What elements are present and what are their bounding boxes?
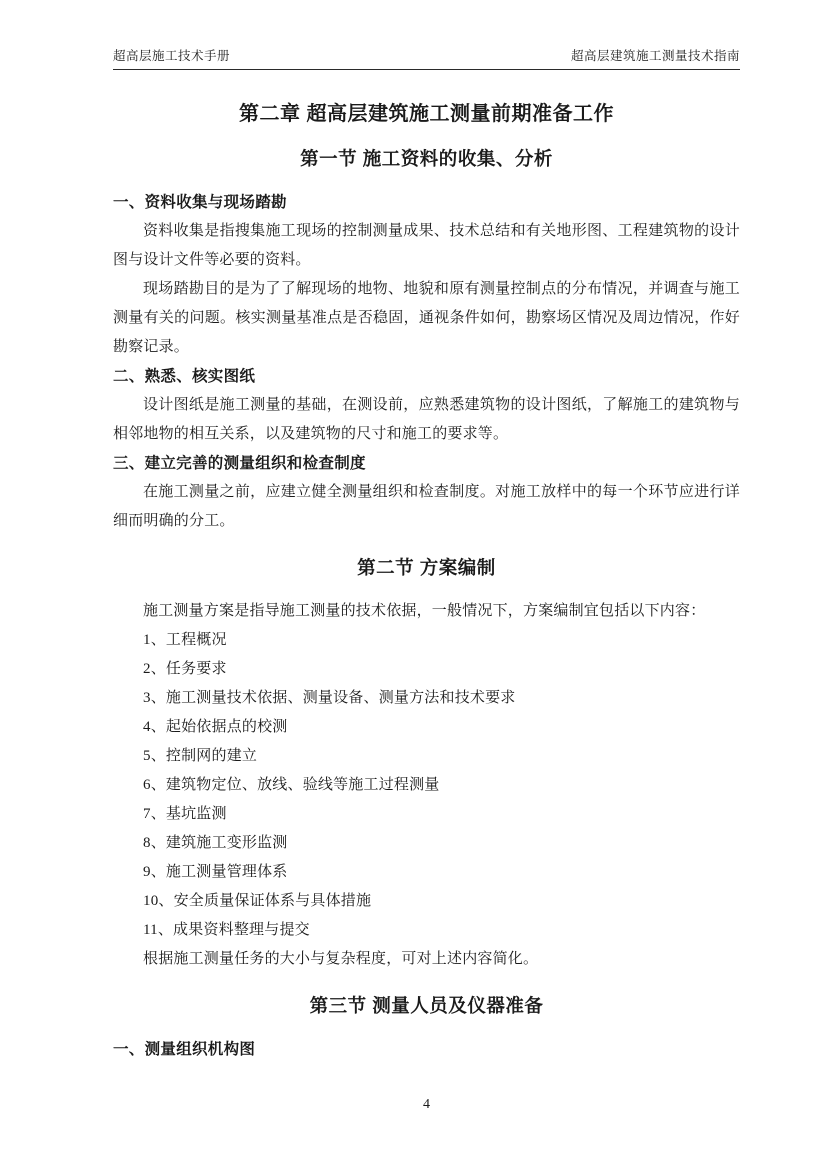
subsection-heading: 一、资料收集与现场踏勘 <box>113 188 740 217</box>
chapter-title: 第二章 超高层建筑施工测量前期准备工作 <box>113 101 740 127</box>
list-item: 11、成果资料整理与提交 <box>113 916 740 945</box>
subsection-heading: 一、测量组织机构图 <box>113 1035 740 1064</box>
subsection-heading: 二、熟悉、核实图纸 <box>113 362 740 391</box>
header-left-title: 超高层施工技术手册 <box>113 46 230 64</box>
list-item: 5、控制网的建立 <box>113 742 740 771</box>
list-item: 10、安全质量保证体系与具体措施 <box>113 887 740 916</box>
paragraph: 资料收集是指搜集施工现场的控制测量成果、技术总结和有关地形图、工程建筑物的设计图… <box>113 217 740 275</box>
page-number: 4 <box>423 1097 430 1112</box>
list-item: 6、建筑物定位、放线、验线等施工过程测量 <box>113 771 740 800</box>
header-right-title: 超高层建筑施工测量技术指南 <box>571 46 740 64</box>
list-item: 2、任务要求 <box>113 655 740 684</box>
list-item: 3、施工测量技术依据、测量设备、测量方法和技术要求 <box>113 684 740 713</box>
paragraph: 设计图纸是施工测量的基础，在测设前，应熟悉建筑物的设计图纸，了解施工的建筑物与相… <box>113 391 740 449</box>
section-title: 第二节 方案编制 <box>113 556 740 580</box>
document-content: 第二章 超高层建筑施工测量前期准备工作第一节 施工资料的收集、分析一、资料收集与… <box>113 68 740 1064</box>
document-page: 超高层施工技术手册 超高层建筑施工测量技术指南 第二章 超高层建筑施工测量前期准… <box>0 0 826 1169</box>
section-title: 第三节 测量人员及仪器准备 <box>113 994 740 1018</box>
paragraph: 在施工测量之前，应建立健全测量组织和检查制度。对施工放样中的每一个环节应进行详细… <box>113 478 740 536</box>
page-header: 超高层施工技术手册 超高层建筑施工测量技术指南 <box>113 46 740 70</box>
page-footer: 4 <box>113 1097 740 1113</box>
list-item: 8、建筑施工变形监测 <box>113 829 740 858</box>
list-item: 4、起始依据点的校测 <box>113 713 740 742</box>
list-item: 7、基坑监测 <box>113 800 740 829</box>
paragraph: 根据施工测量任务的大小与复杂程度，可对上述内容简化。 <box>113 945 740 974</box>
subsection-heading: 三、建立完善的测量组织和检查制度 <box>113 449 740 478</box>
list-item: 9、施工测量管理体系 <box>113 858 740 887</box>
paragraph: 现场踏勘目的是为了了解现场的地物、地貌和原有测量控制点的分布情况，并调查与施工测… <box>113 275 740 362</box>
section-title: 第一节 施工资料的收集、分析 <box>113 147 740 171</box>
paragraph: 施工测量方案是指导施工测量的技术依据，一般情况下，方案编制宜包括以下内容： <box>113 597 740 626</box>
list-item: 1、工程概况 <box>113 626 740 655</box>
